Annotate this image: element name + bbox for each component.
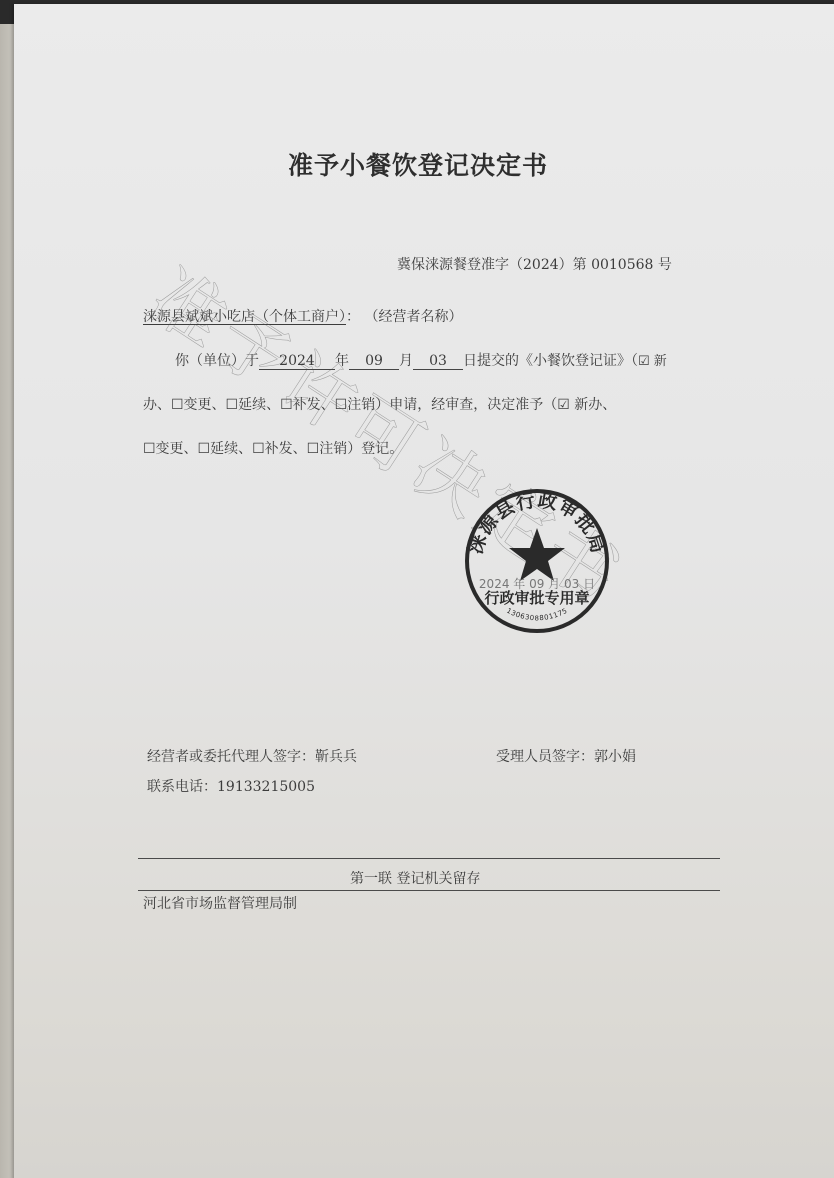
footer-rule-bottom	[138, 890, 720, 891]
phone-label: 联系电话：	[147, 779, 217, 795]
footer-rule-top	[138, 858, 720, 859]
submit-day: 03	[413, 353, 463, 370]
contact-phone: 联系电话：19133215005	[147, 776, 315, 796]
operator-signature-label: 经营者或委托代理人签字：	[147, 749, 315, 765]
new-application-checkbox: ☑ 新	[638, 354, 667, 369]
copy-label: 第一联 登记机关留存	[350, 868, 480, 888]
month-unit: 月	[399, 353, 413, 369]
handler-signature-name: 郭小娟	[594, 749, 636, 765]
addressee-colon: ：	[346, 309, 360, 325]
operator-signature-name: 靳兵兵	[315, 749, 357, 765]
issuer-label: 河北省市场监督管理局制	[143, 893, 297, 913]
svg-text:1306308801175: 1306308801175	[505, 607, 569, 623]
official-seal-icon: 涞源县行政审批局 2024 年 09 月 03 日 行政审批专用章 130630…	[462, 486, 612, 636]
handler-signature: 受理人员签字：郭小娟	[496, 746, 636, 766]
addressee-label: （经营者名称）	[364, 309, 462, 325]
phone-number: 19133215005	[217, 779, 315, 795]
seal-serial: 1306308801175	[505, 607, 569, 623]
operator-signature: 经营者或委托代理人签字：靳兵兵	[147, 746, 357, 766]
seal-inner-text: 行政审批专用章	[484, 589, 589, 607]
day-unit: 日提交的《小餐饮登记证》（	[463, 353, 638, 369]
document-number: 冀保涞源餐登准字（2024）第 0010568 号	[397, 254, 672, 274]
handler-signature-label: 受理人员签字：	[496, 749, 594, 765]
document-title: 准予小餐饮登记决定书	[288, 146, 548, 182]
